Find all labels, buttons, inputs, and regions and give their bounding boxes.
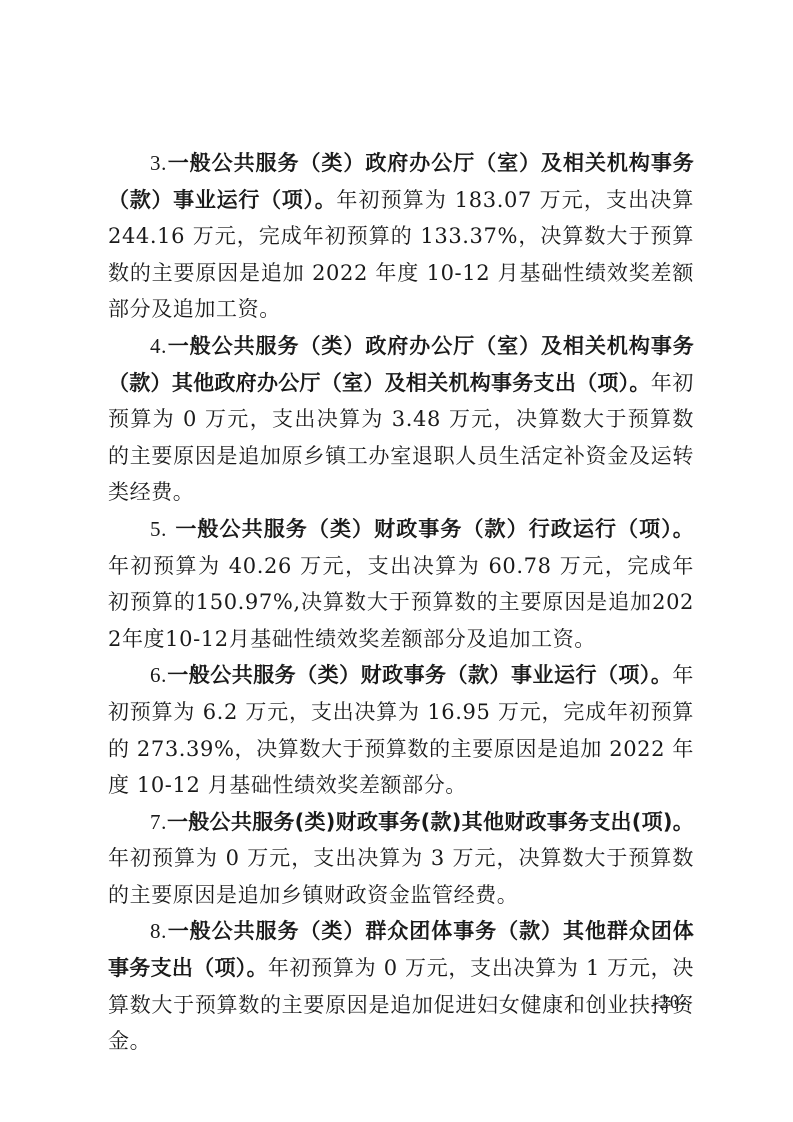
paragraph-item-3: 3.一般公共服务（类）政府办公厅（室）及相关机构事务（款）事业运行（项）。年初预… <box>108 145 694 328</box>
paragraph-item-8: 8.一般公共服务（类）群众团体事务（款）其他群众团体事务支出（项）。年初预算为 … <box>108 913 694 1059</box>
paragraph-item-5: 5. 一般公共服务（类）财政事务（款）行政运行（项）。年初预算为 40.26 万… <box>108 511 694 657</box>
item-number: 7. <box>150 810 167 834</box>
paragraph-item-7: 7.一般公共服务(类)财政事务(款)其他财政事务支出(项)。年初预算为 0 万元… <box>108 804 694 914</box>
item-heading: 一般公共服务(类)财政事务(款)其他财政事务支出(项)。 <box>167 810 694 834</box>
paragraph-item-6: 6.一般公共服务（类）财政事务（款）事业运行（项）。年初预算为 6.2 万元，支… <box>108 657 694 803</box>
item-heading: 一般公共服务（类）财政事务（款）行政运行（项）。 <box>167 517 694 541</box>
item-heading: 一般公共服务（类）财政事务（款）事业运行（项）。 <box>167 663 672 687</box>
item-number: 5. <box>150 517 167 541</box>
page-number: -20- <box>652 992 688 1014</box>
item-heading: 一般公共服务（类）政府办公厅（室）及相关机构事务（款）其他政府办公厅（室）及相关… <box>108 334 694 395</box>
item-number: 3. <box>150 151 167 175</box>
item-number: 8. <box>150 919 167 943</box>
document-page: 3.一般公共服务（类）政府办公厅（室）及相关机构事务（款）事业运行（项）。年初预… <box>108 145 694 1060</box>
paragraph-item-4: 4.一般公共服务（类）政府办公厅（室）及相关机构事务（款）其他政府办公厅（室）及… <box>108 328 694 511</box>
item-number: 4. <box>150 334 167 358</box>
item-number: 6. <box>150 663 167 687</box>
item-body: 年初预算为 40.26 万元，支出决算为 60.78 万元，完成年初预算的150… <box>108 554 694 651</box>
item-body: 年初预算为 0 万元，支出决算为 3 万元，决算数大于预算数的主要原因是追加乡镇… <box>108 846 694 907</box>
